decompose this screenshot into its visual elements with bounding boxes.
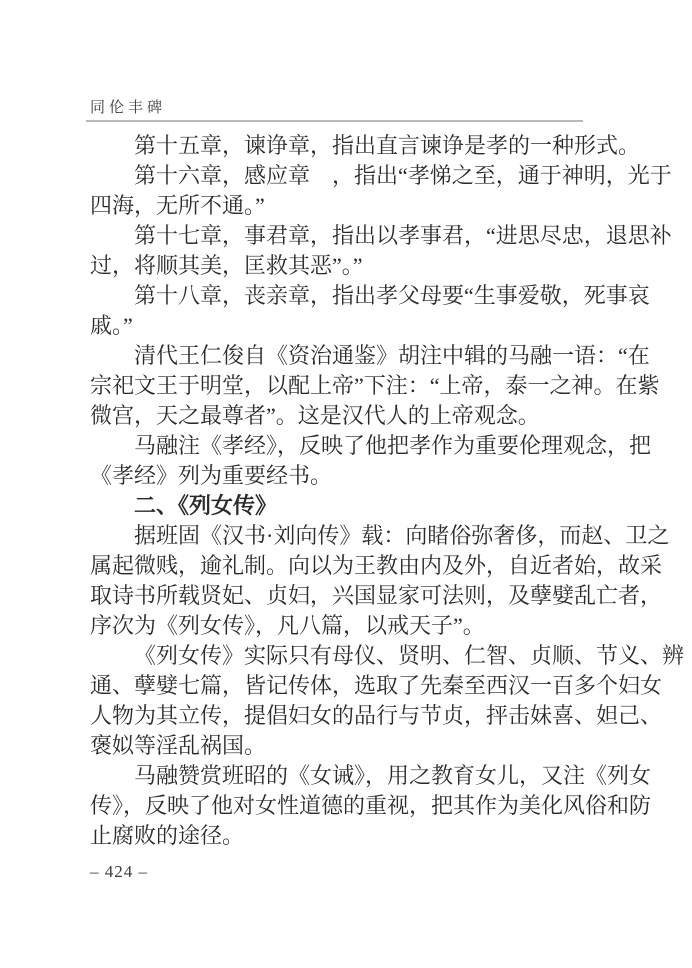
text-line: 序次为《列女传》，凡八篇，以戒天子”。	[90, 611, 665, 641]
text-line: 四海，无所不通。”	[90, 191, 665, 221]
text-line: 属起微贱，逾礼制。向以为王教由内及外，自近者始，故采	[90, 551, 665, 581]
text-line: 宗祀文王于明堂，以配上帝”下注：“上帝，泰一之神。在紫	[90, 371, 665, 401]
text-line: 马融赞赏班昭的《女诫》，用之教育女儿，又注《列女	[90, 761, 665, 791]
text-line: 第十六章，感应章 ，指出“孝悌之至，通于神明，光于	[90, 161, 665, 191]
header-rule	[86, 120, 583, 122]
text-line: 微宫，天之最尊者”。这是汉代人的上帝观念。	[90, 401, 665, 431]
text-line: 马融注《孝经》，反映了他把孝作为重要伦理观念，把	[90, 431, 665, 461]
text-line: 止腐败的途径。	[90, 821, 665, 851]
text-line: 据班固《汉书·刘向传》载：向睹俗弥奢侈，而赵、卫之	[90, 521, 665, 551]
text-line: 取诗书所载贤妃、贞妇，兴国显家可法则，及孽嬖乱亡者，	[90, 581, 665, 611]
section-heading: 二、《列女传》	[90, 491, 665, 521]
text-line: 褒姒等淫乱祸国。	[90, 731, 665, 761]
running-header: 同伦丰碑	[90, 96, 166, 117]
text-line: 人物为其立传，提倡妇女的品行与节贞，抨击妹喜、妲己、	[90, 701, 665, 731]
page-body-text: 第十五章，谏诤章，指出直言谏诤是孝的一种形式。第十六章，感应章 ，指出“孝悌之至…	[90, 131, 665, 851]
text-line: 过，将顺其美，匡救其恶”。”	[90, 251, 665, 281]
text-line: 戚。”	[90, 311, 665, 341]
text-line: 通、孽嬖七篇，皆记传体，选取了先秦至西汉一百多个妇女	[90, 671, 665, 701]
text-line: 《孝经》列为重要经书。	[90, 461, 665, 491]
text-line: 传》，反映了他对女性道德的重视，把其作为美化风俗和防	[90, 791, 665, 821]
text-line: 第十八章，丧亲章，指出孝父母要“生事爱敬，死事哀	[90, 281, 665, 311]
book-page: 同伦丰碑 第十五章，谏诤章，指出直言谏诤是孝的一种形式。第十六章，感应章 ，指出…	[0, 0, 692, 968]
text-line: 第十五章，谏诤章，指出直言谏诤是孝的一种形式。	[90, 131, 665, 161]
page-number: – 424 –	[90, 862, 148, 882]
text-line: 《列女传》实际只有母仪、贤明、仁智、贞顺、节义、辨	[90, 641, 665, 671]
text-line: 清代王仁俊自《资治通鉴》胡注中辑的马融一语：“在	[90, 341, 665, 371]
text-line: 第十七章，事君章，指出以孝事君，“进思尽忠，退思补	[90, 221, 665, 251]
